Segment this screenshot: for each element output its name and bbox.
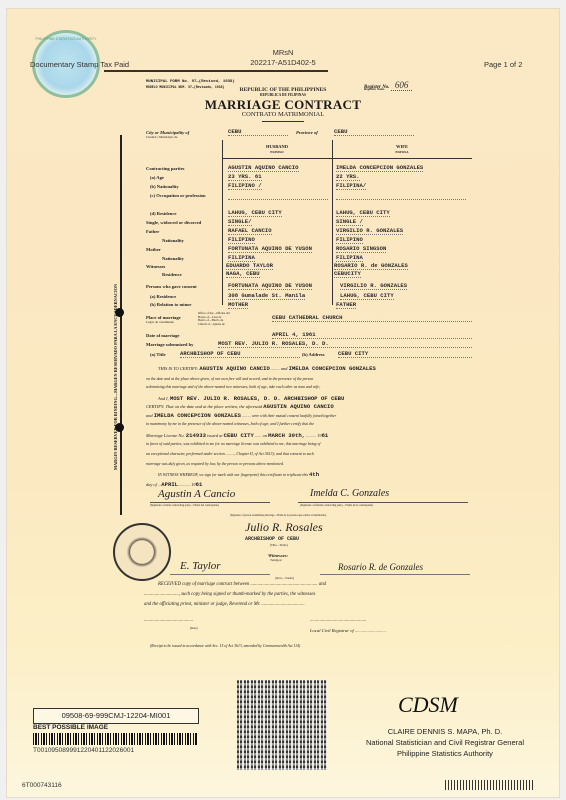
- mrsn-value: 202217-A51D402-5: [0, 58, 566, 67]
- wife-consent-relation: FATHER: [336, 301, 356, 309]
- date-label: Date of marriage: [146, 333, 179, 338]
- qr-code: [237, 680, 327, 770]
- receipt-text-3: and the officiating priest, minister or …: [144, 602, 260, 607]
- husband-civil-status: SINGLE/: [228, 218, 252, 226]
- small-barcode: [445, 780, 533, 790]
- male-signature-caption: (Signature of male contracting party—Fir…: [150, 504, 219, 507]
- day-line: day of ...APRIL........... 1961: [146, 481, 202, 488]
- field-label: (b) Nationality: [150, 184, 179, 189]
- solemnized-by: MOST REV. JULIO R. ROSALES, D. D.: [218, 340, 472, 348]
- cert-officiant: MOST REV. JULIO R. ROSALES, D. D. ARCHBI…: [170, 395, 345, 402]
- column-divider: [222, 140, 223, 305]
- binding-hole: [115, 423, 124, 432]
- husband-father: RAFAEL CANCIO: [228, 227, 272, 235]
- best-possible-image-label: BEST POSSIBLE IMAGE: [33, 724, 108, 731]
- husband-name: AGUSTIN AQUINO CANCIO: [228, 164, 299, 172]
- signatory-title: National Statistician and Civil Registra…: [330, 738, 560, 747]
- husband-occupation: [228, 199, 328, 200]
- witnesses-label-es: Testigos:: [270, 558, 282, 562]
- field-label: (a) Residence: [150, 294, 176, 299]
- certification-line-1: THIS IS TO CERTIFY: AGUSTIN AQUINO CANCI…: [158, 365, 376, 372]
- registrar-signature-line: ........................................…: [310, 618, 366, 623]
- archdiocese-seal-icon: [113, 523, 171, 581]
- receipt-line-3: and the officiating priest, minister or …: [144, 602, 305, 607]
- address-label: (b) Address: [302, 352, 325, 357]
- control-number: 09508-69-999CMJ-12204-MI001: [33, 708, 199, 724]
- and-i-label: And I,: [158, 396, 169, 401]
- column-divider: [332, 140, 333, 305]
- field-label: (b) Relation to minor: [150, 302, 191, 307]
- witness-day: 4th: [309, 471, 319, 478]
- title-divider: [262, 121, 304, 122]
- wife-father-nationality: FILIPINO: [336, 236, 363, 244]
- wife-residence: LAHUG, CEBU CITY: [336, 209, 390, 217]
- signature-line: [170, 574, 270, 575]
- signature-line: [298, 502, 468, 503]
- husband-consent-person: FORTUNATA AQUINO DE YUSON: [228, 282, 312, 290]
- stamp-line: [104, 70, 328, 72]
- husband-nationality: FILIPINO /: [228, 182, 262, 190]
- wife-father: VIRGILIO R. GONZALES: [336, 227, 403, 235]
- day-of-label: day of: [146, 482, 157, 487]
- husband-consent-residence: 308 Gumalade St. Manila: [228, 292, 305, 300]
- on-label: on: [263, 433, 267, 438]
- issued-at: CEBU CITY: [224, 432, 254, 439]
- male-signature: Agustin A Cancio: [158, 488, 235, 500]
- certification-line-4: And I, MOST REV. JULIO R. ROSALES, D. D.…: [158, 395, 344, 402]
- husband-mother: FORTUNATA AQUINO DE YUSON: [228, 245, 312, 253]
- female-signature: Imelda C. Gonzales: [310, 488, 389, 499]
- register-label-es: Registro Num.: [364, 87, 385, 91]
- place-label-es: Lugar de casamiento: [146, 320, 174, 324]
- certification-line-9: in favor of said parties, was exhibited …: [146, 442, 320, 446]
- province-label: Province of: [296, 130, 318, 135]
- certification-line-3: solemnizing this marriage and of the abo…: [146, 385, 320, 389]
- husband-residence: LAHUG, CEBU CITY: [228, 209, 282, 217]
- cert-groom: AGUSTIN AQUINO CANCIO: [199, 365, 270, 372]
- receipt-note: (Receipt to be issued in accordance with…: [150, 644, 300, 648]
- province-value: CEBU: [334, 128, 414, 136]
- signature-line: [150, 502, 270, 503]
- over-caption: (Over—Vuelta): [275, 576, 294, 580]
- witness-1-signature: E. Taylor: [180, 560, 221, 572]
- issued-at-label: issued at: [207, 433, 223, 438]
- officiant-signature-caption: (Signature of person solemnizing marriag…: [230, 514, 326, 517]
- city-value: CEBU: [228, 128, 288, 136]
- husband-mother-nationality: FILIPINA: [228, 254, 255, 262]
- field-label: (d) Residence: [150, 211, 176, 216]
- witness-month: APRIL: [161, 481, 178, 488]
- issued-year: 61: [322, 432, 329, 439]
- wife-mother: ROSARIO SINGSON: [336, 245, 386, 253]
- barcode: [33, 733, 198, 745]
- witness-whereof-line: IN WITNESS WHEREOF, we sign (or mark wit…: [158, 471, 319, 478]
- witness-whereof-text: IN WITNESS WHEREOF, we sign (or mark wit…: [158, 473, 308, 477]
- wife-civil-status: SINGLE /: [336, 218, 363, 226]
- wife-nationality: FILIPINA/: [336, 182, 366, 190]
- cert-and: and: [281, 366, 288, 371]
- city-label-es: Ciudad o Municipio de: [146, 135, 177, 139]
- field-label: Single, widowed or divorced: [146, 220, 201, 225]
- witness-2-name: ROSARIO R. de GONZALES: [334, 262, 408, 270]
- cert-bride: IMELDA CONCEPCION GONZALES: [289, 365, 376, 372]
- husband-father-nationality: FILIPINO: [228, 236, 255, 244]
- certification-line-6: and IMELDA CONCEPCION GONZALES ........ …: [146, 412, 336, 419]
- register-value: 606: [391, 80, 413, 91]
- witness-1-residence: NAGA, CEBU: [226, 270, 260, 278]
- field-label: Contracting parties: [146, 166, 184, 171]
- and-label: and: [146, 413, 153, 418]
- signatory-name: CLAIRE DENNIS S. MAPA, Ph. D.: [330, 727, 560, 736]
- certify-label: THIS IS TO CERTIFY:: [158, 366, 198, 371]
- registrar-line: Local Civil Registrar of ...............…: [310, 628, 386, 633]
- witness-2-residence: CEBUCITY: [334, 270, 361, 278]
- witness-1-name: EDUARDO TAYLOR: [226, 262, 273, 270]
- witness-2-signature: Rosario R. de Gonzales: [338, 562, 423, 572]
- license-label: Marriage License No.: [146, 433, 185, 438]
- certification-line-5: CERTIFY: That on the date and at the pla…: [146, 403, 334, 410]
- receipt-line-2: ............................., such copy…: [144, 592, 315, 597]
- husband-column-header-es: ESPOSO: [222, 150, 332, 154]
- receipt-and: and: [319, 582, 326, 587]
- date-caption: (Date): [190, 626, 198, 630]
- female-signature-caption: (Signature of female contracting party—F…: [300, 504, 373, 507]
- field-label: Mother: [146, 247, 161, 252]
- header-underline: [222, 158, 472, 159]
- form-number: MUNICIPAL FORM No. 97—(Revised, 1938): [146, 80, 235, 84]
- certification-line-7: in matrimony by me in the presence of th…: [146, 422, 314, 426]
- marriage-place: CEBU CATHEDRAL CHURCH: [272, 314, 472, 322]
- officiant-signature: Julio R. Rosales: [245, 520, 323, 535]
- license-line: Marriage License No. 214933 issued at CE…: [146, 432, 328, 439]
- wife-name: IMELDA CONCEPCION GONZALES: [336, 164, 423, 172]
- officiant-title-caption: (Title—Titulo): [270, 543, 288, 547]
- officiant-title-sig: ARCHBISHOP OF CEBU: [245, 536, 299, 542]
- issued-on: MARCH 30th,: [268, 432, 305, 439]
- receipt-date-line: ........................................…: [144, 618, 193, 623]
- certify-that-label: CERTIFY: That on the date and at the pla…: [146, 404, 262, 409]
- wife-consent-residence: LAHUG, CEBU CITY: [340, 292, 394, 300]
- field-label: (c) Occupation or profession: [150, 193, 206, 198]
- certification-line-10: an exceptional character, performed unde…: [146, 452, 314, 456]
- joined-text: were with their mutual consent lawfully …: [252, 414, 336, 418]
- field-label: Persons who gave consent: [146, 284, 197, 289]
- barcode-number: T001095089991220401122026001: [33, 747, 134, 754]
- receipt-text-2: , such copy being signed or thumb-marked…: [179, 592, 316, 597]
- field-label: Nationality: [162, 238, 184, 243]
- signature-line: [320, 574, 470, 575]
- witness-year: 61: [196, 481, 203, 488]
- registrar-general-signature: CDSM: [398, 692, 458, 718]
- wife-age: 22 YRS.: [336, 173, 360, 181]
- registrar-label: Local Civil Registrar of: [310, 628, 354, 633]
- certification-line-11: marriage was duly given, as required by …: [146, 462, 284, 466]
- mrsn-label: MRsN: [0, 48, 566, 57]
- field-label: (a) Age: [150, 175, 164, 180]
- serial-number: 6T000743116: [22, 782, 62, 789]
- wife-occupation: [336, 199, 466, 200]
- field-label: Witnesses: [146, 264, 165, 269]
- marriage-date: APRIL 4, 1961: [272, 331, 472, 339]
- ink-note: WRITE WITH A PERMANENT INK — ESCRIBASE C…: [119, 342, 123, 470]
- license-number: 214933: [186, 432, 206, 439]
- page-indicator: Page 1 of 2: [484, 60, 522, 69]
- wife-mother-nationality: FILIPINA: [336, 254, 363, 262]
- place-options: Office of the—Oficina del House of—Casa …: [198, 312, 230, 326]
- solemnized-label: Marriage solemnized by: [146, 342, 193, 347]
- cert-groom-2: AGUSTIN AQUINO CANCIO: [263, 403, 334, 410]
- husband-age: 23 YRS. 61: [228, 173, 262, 181]
- cert-bride-2: IMELDA CONCEPCION GONZALES: [154, 412, 241, 419]
- signatory-org: Philippine Statistics Authority: [330, 749, 560, 758]
- field-label: Father: [146, 229, 159, 234]
- wife-column-header: WIFE: [332, 144, 472, 149]
- binding-hole: [115, 308, 124, 317]
- wife-column-header-es: ESPOSA: [332, 150, 472, 154]
- receipt-line-1: RECEIVED copy of marriage contract betwe…: [158, 582, 326, 587]
- officiant-address: CEBU CITY: [338, 350, 472, 358]
- field-label: Residence: [162, 272, 182, 277]
- husband-consent-relation: MOTHER: [228, 301, 248, 309]
- husband-column-header: HUSBAND: [222, 144, 332, 149]
- wife-consent-person: VIRGILIO R. GONZALES: [340, 282, 407, 290]
- officiant-title: ARCHBISHOP OF CEBU: [180, 350, 300, 358]
- title-label: (a) Title: [150, 352, 166, 357]
- receipt-text-1: RECEIVED copy of marriage contract betwe…: [158, 582, 249, 587]
- document-title-es: CONTRATO MATRIMONIAL: [0, 111, 566, 118]
- certification-line-2: on the date and at the place above given…: [146, 377, 313, 381]
- field-label: Nationality: [162, 256, 184, 261]
